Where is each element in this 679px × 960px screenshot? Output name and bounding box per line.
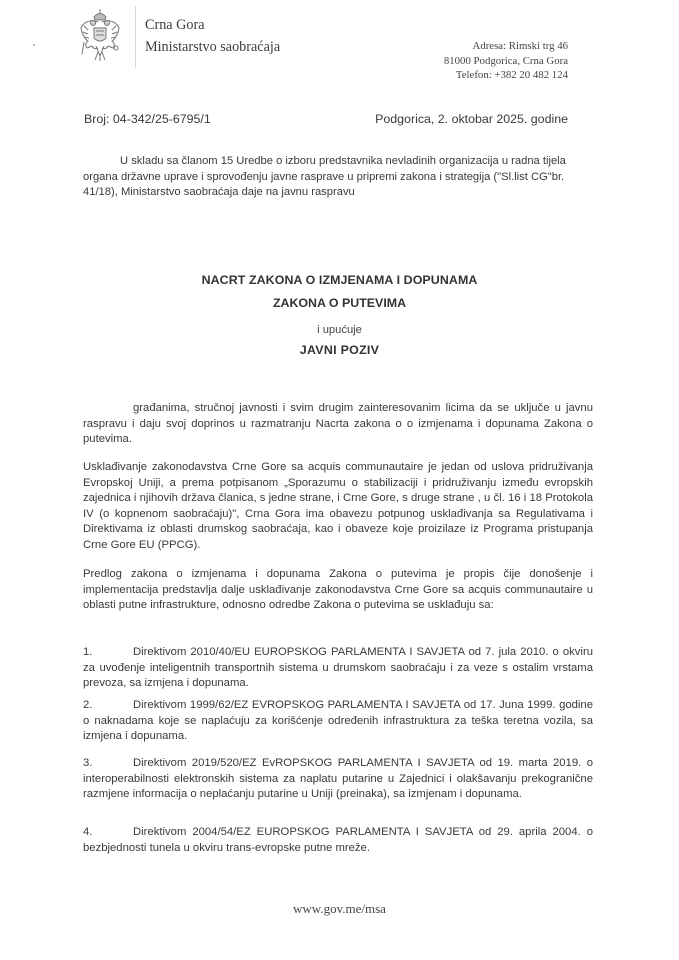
directive-number: 3.	[83, 756, 133, 772]
directive-text: Direktivom 2010/40/EU EUROPSKOG PARLAMEN…	[83, 646, 593, 689]
paragraph-harmonization: Usklađivanje zakonodavstva Crne Gore sa …	[83, 460, 593, 553]
directive-number: 2.	[83, 698, 133, 714]
directive-item: 2.Direktivom 1999/62/EZ EVROPSKOG PARLAM…	[83, 698, 593, 745]
directive-item: 3.Direktivom 2019/520/EZ EvROPSKOG PARLA…	[83, 756, 593, 803]
contact-address: Adresa: Rimski trg 46 81000 Podgorica, C…	[444, 39, 568, 83]
phone-line: Telefon: +382 20 482 124	[444, 68, 568, 83]
paragraph-proposal: Predlog zakona o izmjenama i dopunama Za…	[83, 567, 593, 614]
document-title-line-2: ZAKONA O PUTEVIMA	[0, 296, 679, 310]
intro-text: U skladu sa članom 15 Uredbe o izboru pr…	[83, 155, 566, 198]
directive-item: 4.Direktivom 2004/54/EZ EUROPSKOG PARLAM…	[83, 825, 593, 856]
postal-line: 81000 Podgorica, Crna Gora	[444, 54, 568, 69]
coat-of-arms-icon	[78, 8, 122, 62]
document-date: Podgorica, 2. oktobar 2025. godine	[375, 112, 568, 126]
document-title-line-1: NACRT ZAKONA O IZMJENAMA I DOPUNAMA	[0, 273, 679, 287]
organization-block: Crna Gora Ministarstvo saobraćaja	[145, 14, 280, 58]
paragraph-invitation: građanima, stručnoj javnosti i svim drug…	[83, 401, 593, 448]
address-line: Adresa: Rimski trg 46	[444, 39, 568, 54]
public-call-heading: JAVNI POZIV	[0, 343, 679, 357]
header-divider	[135, 6, 136, 68]
ministry-name: Ministarstvo saobraćaja	[145, 36, 280, 58]
directive-item: 1.Direktivom 2010/40/EU EUROPSKOG PARLAM…	[83, 645, 593, 692]
reference-number: Broj: 04-342/25-6795/1	[84, 112, 211, 126]
country-name: Crna Gora	[145, 14, 280, 36]
paragraph-text: građanima, stručnoj javnosti i svim drug…	[83, 402, 593, 445]
directive-number: 1.	[83, 645, 133, 661]
directive-text: Direktivom 1999/62/EZ EVROPSKOG PARLAMEN…	[83, 699, 593, 742]
intro-paragraph: U skladu sa članom 15 Uredbe o izboru pr…	[83, 154, 568, 201]
title-connector: i upućuje	[0, 324, 679, 336]
scan-speck	[33, 44, 35, 46]
footer-website: www.gov.me/msa	[0, 901, 679, 917]
directive-text: Direktivom 2019/520/EZ EvROPSKOG PARLAME…	[83, 757, 593, 800]
directive-number: 4.	[83, 825, 133, 841]
directive-text: Direktivom 2004/54/EZ EUROPSKOG PARLAMEN…	[83, 826, 593, 854]
letterhead: Crna Gora Ministarstvo saobraćaja Adresa…	[0, 0, 679, 100]
